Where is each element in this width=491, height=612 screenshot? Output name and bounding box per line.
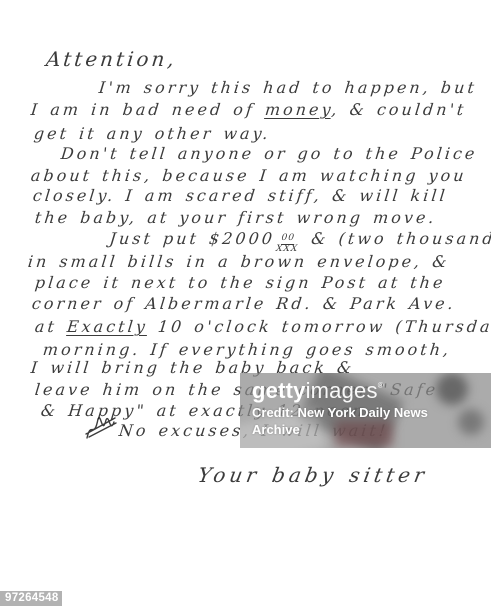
- underlined-word: money: [264, 100, 332, 119]
- crossed-out-scribble: [84, 414, 118, 442]
- handwritten-line: I'm sorry this had to happen, but: [98, 78, 478, 97]
- image-id-badge: 97264548: [0, 591, 62, 606]
- handwritten-line: morning. If everything goes smooth,: [42, 340, 452, 359]
- underlined-word: Exactly: [66, 317, 149, 336]
- getty-watermark: gettyimages® Credit: New York Daily News…: [240, 373, 491, 448]
- handwritten-line: I am in bad need of money, & couldn't: [30, 100, 467, 119]
- handwritten-line: Just put $200000XXX & (two thousand),: [108, 229, 491, 254]
- line-segment: 10 o'clock tomorrow (Thursday): [147, 317, 491, 336]
- watermark-credit: Credit: New York Daily News Archive: [252, 404, 428, 438]
- credit-line: Credit: New York Daily News: [252, 404, 428, 421]
- handwritten-line: at Exactly 10 o'clock tomorrow (Thursday…: [34, 317, 491, 336]
- watermark-blob: [436, 373, 468, 405]
- line-segment: & (two thousand),: [300, 229, 491, 248]
- logo-getty-text: getty: [252, 378, 306, 403]
- line-segment: Just put $2000: [109, 229, 276, 248]
- letter-heading: Attention,: [45, 47, 178, 71]
- line-segment: , & couldn't: [331, 100, 468, 119]
- line-segment: I am in bad need of: [30, 100, 266, 119]
- registered-trademark-symbol: ®: [378, 381, 384, 390]
- handwritten-line: Don't tell anyone or go to the Police: [60, 144, 478, 163]
- credit-line: Archive: [252, 421, 428, 438]
- cents-fraction: 00XXX: [275, 234, 299, 254]
- handwritten-line: about this, because I am watching you: [30, 166, 468, 185]
- handwritten-line: the baby, at your first wrong move.: [34, 208, 438, 227]
- scanned-ransom-letter-photo: Attention, I'm sorry this had to happen,…: [0, 0, 491, 612]
- handwritten-line: closely. I am scared stiff, & will kill: [32, 186, 449, 205]
- line-segment: at: [34, 317, 68, 336]
- handwritten-line: get it any other way.: [33, 124, 272, 143]
- gettyimages-logo: gettyimages®: [252, 378, 384, 404]
- handwritten-line: place it next to the sign Post at the: [34, 273, 446, 292]
- watermark-blob: [458, 409, 484, 435]
- handwritten-line: in small bills in a brown envelope, &: [27, 252, 451, 271]
- letter-signature: Your baby sitter: [196, 463, 430, 487]
- logo-images-text: images: [306, 378, 378, 403]
- handwritten-line: corner of Albermarle Rd. & Park Ave.: [31, 294, 457, 313]
